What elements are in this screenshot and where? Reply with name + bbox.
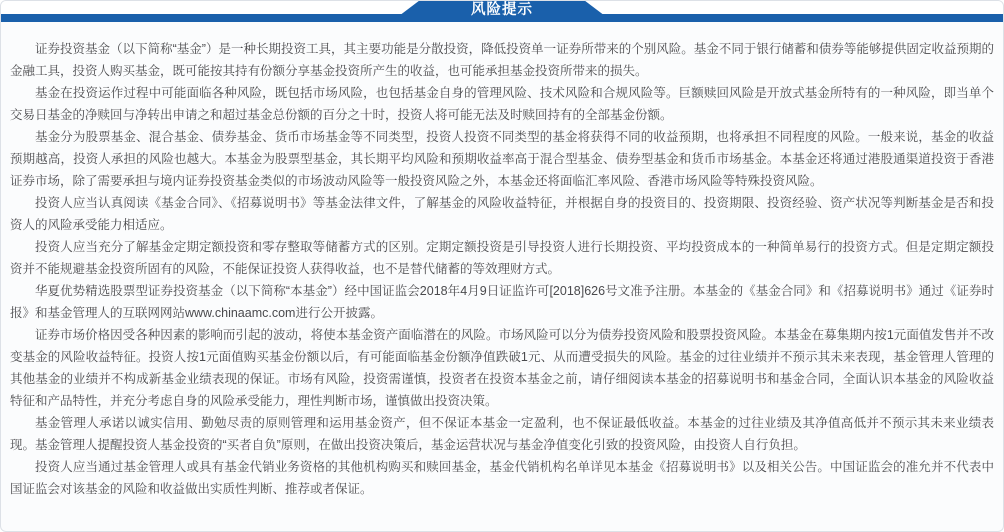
paragraph-operation-risks: 基金在投资运作过程中可能面临各种风险，既包括市场风险，也包括基金自身的管理风险、… (10, 82, 994, 126)
header: 风险提示 (1, 1, 1003, 22)
paragraph-fund-types: 基金分为股票基金、混合基金、债券基金、货币市场基金等不同类型，投资人投资不同类型… (10, 126, 994, 192)
paragraph-read-documents: 投资人应当认真阅读《基金合同》、《招募说明书》等基金法律文件，了解基金的风险收益… (10, 192, 994, 236)
paragraph-fund-definition: 证券投资基金（以下简称“基金”）是一种长期投资工具，其主要功能是分散投资，降低投… (10, 38, 994, 82)
paragraph-fund-registration: 华夏优势精选股票型证券投资基金（以下简称“本基金”）经中国证监会2018年4月9… (10, 280, 994, 324)
header-title-tab: 风险提示 (391, 1, 613, 22)
paragraph-market-risk: 证券市场价格因受各种因素的影响而引起的波动，将使本基金资产面临潜在的风险。市场风… (10, 324, 994, 412)
document-body: 证券投资基金（以下简称“基金”）是一种长期投资工具，其主要功能是分散投资，降低投… (1, 22, 1003, 500)
paragraph-manager-commitment: 基金管理人承诺以诚实信用、勤勉尽责的原则管理和运用基金资产，但不保证本基金一定盈… (10, 412, 994, 456)
risk-notice-panel: 风险提示 证券投资基金（以下简称“基金”）是一种长期投资工具，其主要功能是分散投… (0, 0, 1004, 532)
page-title: 风险提示 (471, 3, 533, 20)
paragraph-fixed-investment: 投资人应当充分了解基金定期定额投资和零存整取等储蓄方式的区别。定期定额投资是引导… (10, 236, 994, 280)
paragraph-purchase-channels: 投资人应当通过基金管理人或具有基金代销业务资格的其他机构购买和赎回基金，基金代销… (10, 456, 994, 500)
